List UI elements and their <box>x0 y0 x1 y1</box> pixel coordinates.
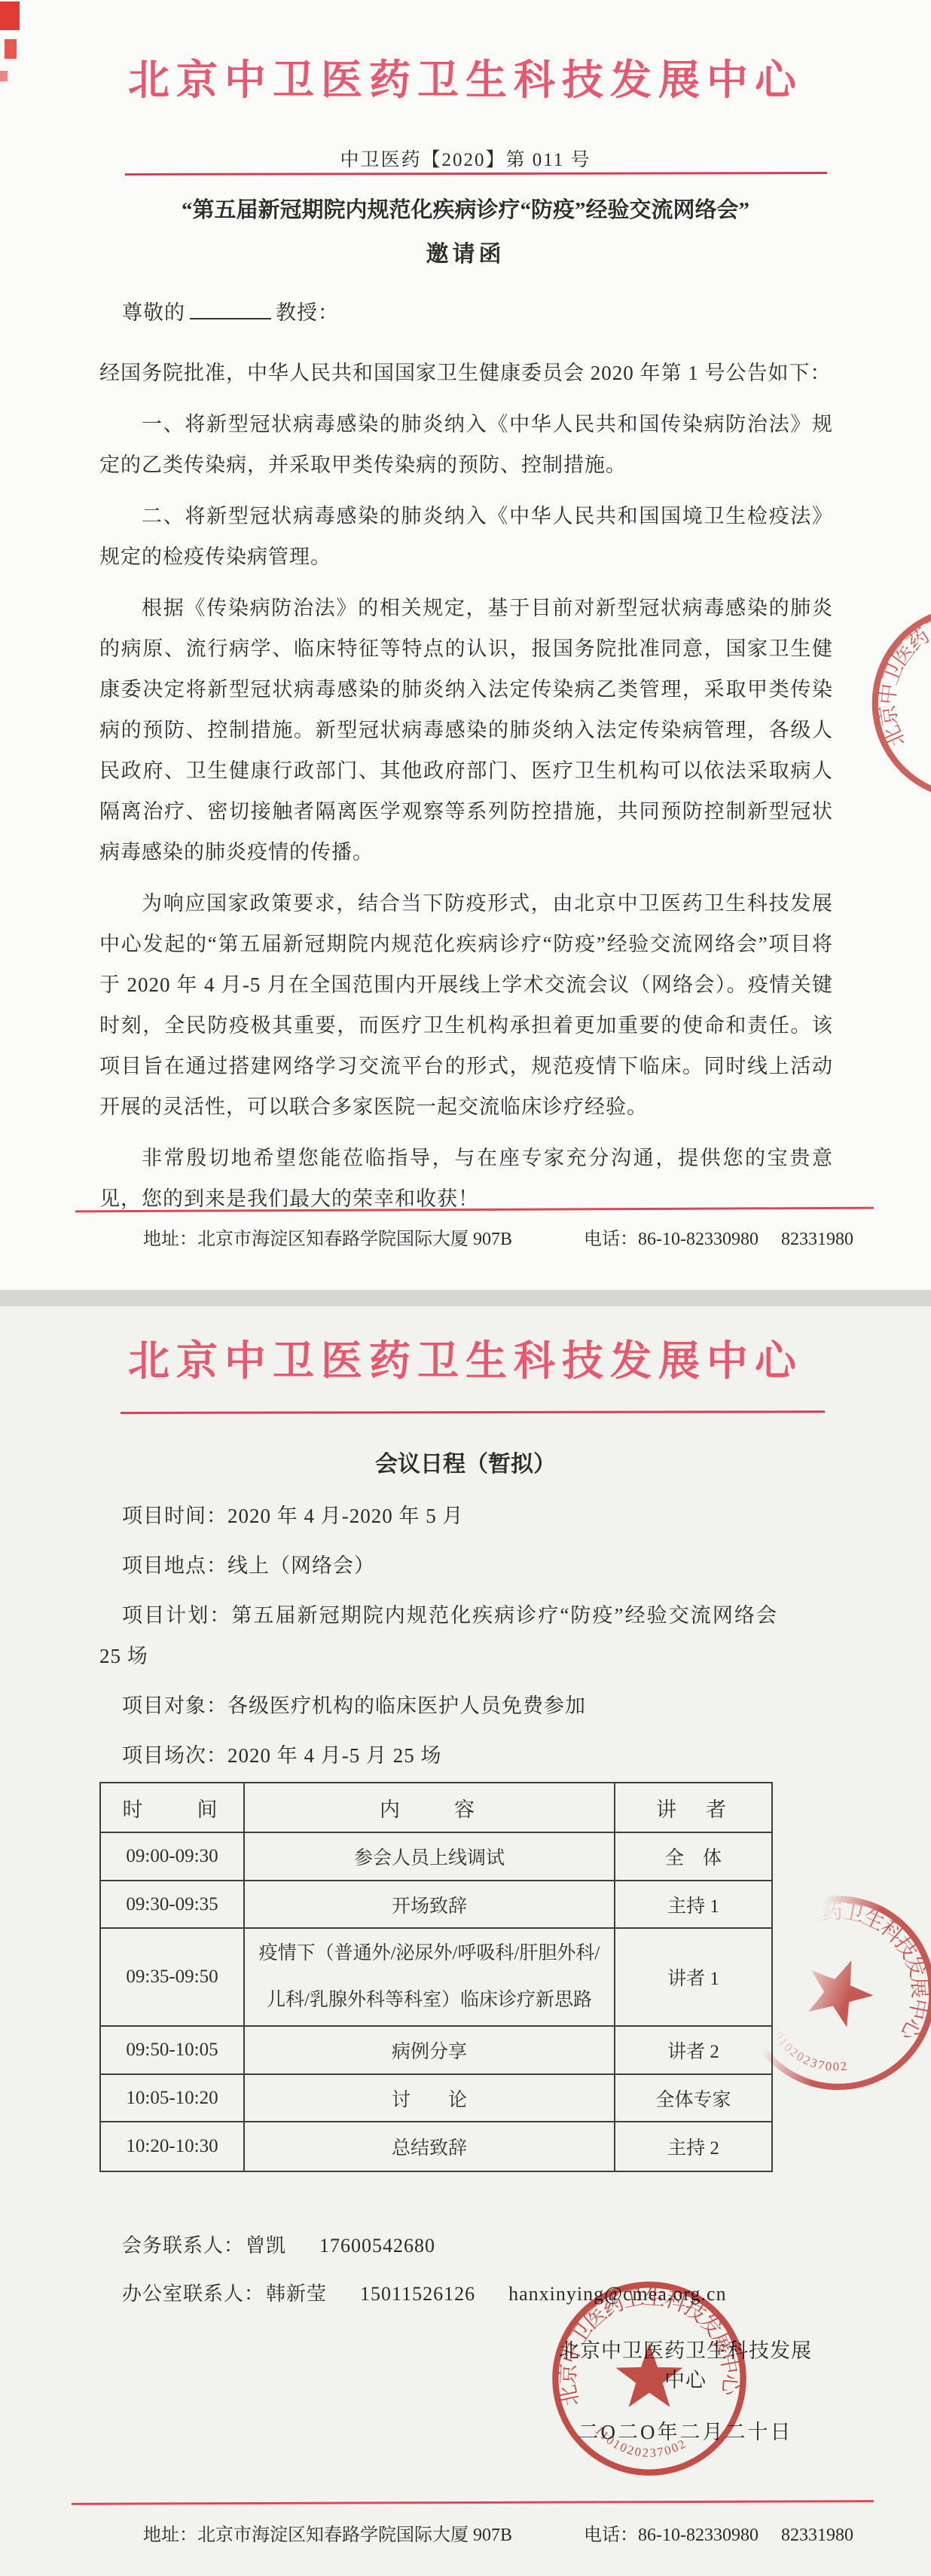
agenda-time: 09:30-09:35 <box>100 1881 244 1928</box>
salutation-prefix: 尊敬的 <box>122 301 185 324</box>
salutation-suffix: 教授： <box>276 301 339 324</box>
official-seal-stamp: 北京中卫医药卫生科技发展中心 1101020237002 <box>548 2277 751 2484</box>
footer-phone-2: 82331980 <box>781 2526 853 2545</box>
agenda-title: 会议日程（暂拟） <box>0 1445 931 1478</box>
paragraph: 二、将新型冠状病毒感染的肺炎纳入《中华人民共和国国境卫生检疫法》规定的检疫传染病… <box>99 496 833 577</box>
contact-label: 会务联系人： <box>122 2235 244 2257</box>
meeting-title: “第五届新冠期院内规范化疾病诊疗“防疫”经验交流网络会” <box>0 193 931 224</box>
project-info: 项目时间：2020 年 4 月-2020 年 5 月 项目地点：线上（网络会） … <box>99 1496 777 1785</box>
partial-seal-stamp: 北京中卫医药卫生科技发展中心 <box>848 582 931 827</box>
seal-star-icon <box>797 1948 883 2032</box>
letterhead-rule <box>125 172 827 176</box>
letter-page-2: 北京中卫医药卫生科技发展中心 会议日程（暂拟） 项目时间：2020 年 4 月-… <box>0 1306 931 2576</box>
agenda-row: 09:35-09:50 疫情下（普通外/泌尿外/呼吸科/肝胆外科/儿科/乳腺外科… <box>100 1928 772 2026</box>
info-line-time: 项目时间：2020 年 4 月-2020 年 5 月 <box>99 1496 777 1536</box>
agenda-header-row: 时 间 内 容 讲 者 <box>100 1783 772 1832</box>
letterhead-rule <box>121 1410 825 1414</box>
agenda-content: 疫情下（普通外/泌尿外/呼吸科/肝胆外科/儿科/乳腺外科等科室）临床诊疗新思路 <box>244 1928 615 2026</box>
agenda-row: 09:00-09:30 参会人员上线调试 全 体 <box>100 1832 772 1881</box>
letterhead-org-title: 北京中卫医药卫生科技发展中心 <box>0 47 931 106</box>
info-line-audience: 项目对象：各级医疗机构的临床医护人员免费参加 <box>99 1685 777 1726</box>
info-line-sessions: 项目场次：2020 年 4 月-5 月 25 场 <box>99 1735 777 1776</box>
paragraph: 根据《传染病防治法》的相关规定，基于目前对新型冠状病毒感染的肺炎的病原、流行病学… <box>99 588 833 872</box>
footer-rule <box>72 2500 874 2505</box>
salutation: 尊敬的教授： <box>99 292 833 333</box>
footer-address: 地址：北京市海淀区知春路学院国际大厦 907B <box>143 2526 512 2545</box>
contact-phone: 15011526126 <box>360 2283 475 2305</box>
footer-address: 地址：北京市海淀区知春路学院国际大厦 907B <box>143 1230 512 1249</box>
agenda-row: 10:05-10:20 讨 论 全体专家 <box>100 2074 772 2122</box>
agenda-time: 09:50-10:05 <box>100 2026 244 2074</box>
name-blank-underline <box>190 297 271 319</box>
document-number: 中卫医药【2020】第 011 号 <box>0 145 931 172</box>
agenda-content: 病例分享 <box>244 2026 615 2074</box>
agenda-speaker: 全 体 <box>615 1832 772 1881</box>
footer-phone: 电话：86-10-82330980 <box>584 1230 759 1249</box>
agenda-time: 09:35-09:50 <box>100 1928 244 2026</box>
agenda-content: 讨 论 <box>244 2074 615 2122</box>
conference-contact: 会务联系人：曾凯17600542680 <box>99 2230 435 2258</box>
info-line-plan: 项目计划：第五届新冠期院内规范化疾病诊疗“防疫”经验交流网络会 25 场 <box>99 1595 777 1676</box>
col-header-content: 内 容 <box>244 1783 615 1832</box>
page-footer: 地址：北京市海淀区知春路学院国际大厦 907B电话：86-10-82330980… <box>99 2519 853 2546</box>
svg-text:北京中卫医药卫生科技发展中心: 北京中卫医药卫生科技发展中心 <box>858 592 931 751</box>
agenda-content: 开场致辞 <box>244 1881 615 1928</box>
contact-name: 曾凯 <box>246 2235 286 2257</box>
agenda-content: 总结致辞 <box>244 2122 615 2171</box>
contact-name: 韩新莹 <box>266 2283 327 2305</box>
agenda-row: 09:50-10:05 病例分享 讲者 2 <box>100 2026 772 2074</box>
agenda-row: 10:20-10:30 总结致辞 主持 2 <box>100 2122 772 2171</box>
agenda-content: 参会人员上线调试 <box>244 1832 615 1881</box>
seal-star-icon <box>616 2343 683 2407</box>
col-header-speaker: 讲 者 <box>615 1783 772 1832</box>
agenda-speaker: 主持 2 <box>615 2122 772 2171</box>
agenda-speaker: 全体专家 <box>615 2074 772 2122</box>
paragraph: 为响应国家政策要求，结合当下防疫形式，由北京中卫医药卫生科技发展中心发起的“第五… <box>99 883 833 1127</box>
svg-text:1101020237002: 1101020237002 <box>592 2423 688 2460</box>
paragraph: 经国务院批准，中华人民共和国国家卫生健康委员会 2020 年第 1 号公告如下： <box>99 353 833 393</box>
scanned-invitation-letter: { "org_name": "北京中卫医药卫生科技发展中心", "colors"… <box>0 0 931 2576</box>
agenda-time: 10:20-10:30 <box>100 2122 244 2171</box>
svg-text:1101020237002: 1101020237002 <box>755 2013 857 2083</box>
page-separator <box>0 1290 931 1306</box>
invitation-heading: 邀请函 <box>0 235 931 268</box>
info-line-location: 项目地点：线上（网络会） <box>99 1545 777 1586</box>
letterhead-org-title: 北京中卫医药卫生科技发展中心 <box>0 1328 931 1387</box>
scan-artifact <box>0 2 20 30</box>
footer-phone-2: 82331980 <box>781 1230 853 1249</box>
agenda-time: 10:05-10:20 <box>100 2074 244 2122</box>
contact-phone: 17600542680 <box>319 2235 435 2257</box>
contact-label: 办公室联系人： <box>122 2283 264 2305</box>
agenda-table: 时 间 内 容 讲 者 09:00-09:30 参会人员上线调试 全 体 09:… <box>99 1782 773 2172</box>
agenda-time: 09:00-09:30 <box>100 1832 244 1881</box>
col-header-time: 时 间 <box>100 1783 244 1832</box>
letter-page-1: 北京中卫医药卫生科技发展中心 中卫医药【2020】第 011 号 “第五届新冠期… <box>0 0 931 1290</box>
agenda-row: 09:30-09:35 开场致辞 主持 1 <box>100 1881 772 1928</box>
footer-phone: 电话：86-10-82330980 <box>584 2526 759 2545</box>
agenda-speaker: 主持 1 <box>615 1881 772 1928</box>
letter-body: 尊敬的教授： 经国务院批准，中华人民共和国国家卫生健康委员会 2020 年第 1… <box>99 292 833 1230</box>
paragraph: 一、将新型冠状病毒感染的肺炎纳入《中华人民共和国传染病防治法》规定的乙类传染病，… <box>99 404 833 485</box>
page-footer: 地址：北京市海淀区知春路学院国际大厦 907B电话：86-10-82330980… <box>99 1224 853 1250</box>
